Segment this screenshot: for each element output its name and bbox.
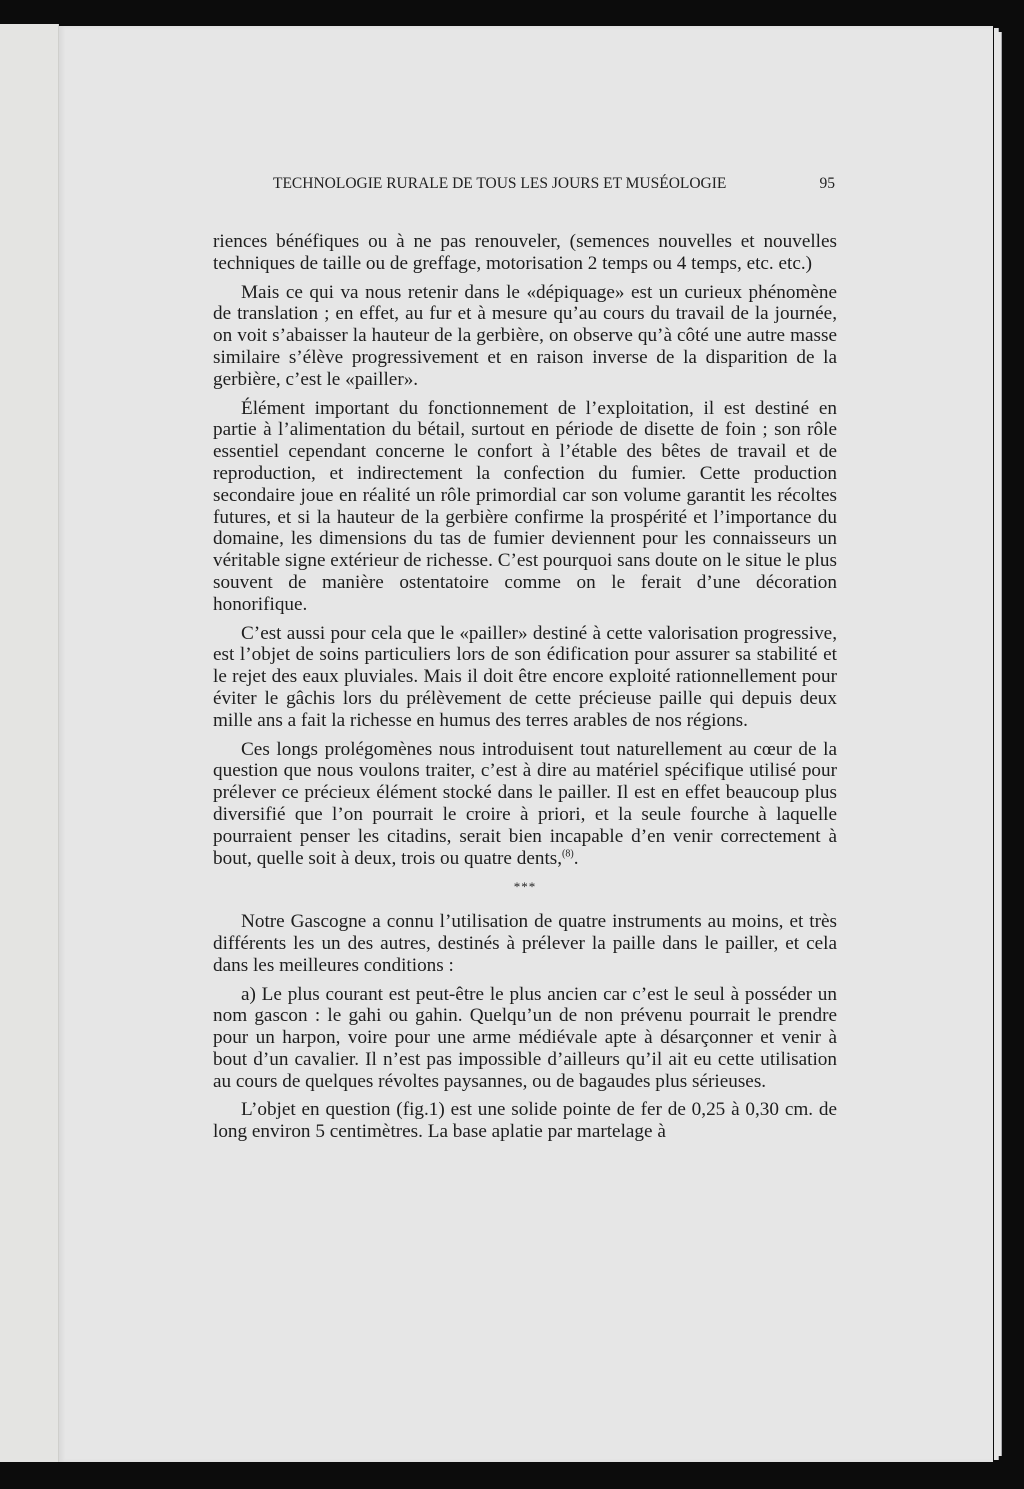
page-number: 95 xyxy=(820,175,836,193)
body-text: riences bénéfiques ou à ne pas renouvele… xyxy=(213,231,837,1150)
running-title: TECHNOLOGIE RURALE DE TOUS LES JOURS ET … xyxy=(273,175,726,193)
paragraph-text: Ces longs prolégomènes nous introduisent… xyxy=(213,739,837,869)
footnote-reference[interactable]: (8) xyxy=(562,848,574,859)
paragraph: Mais ce qui va nous retenir dans le «dép… xyxy=(213,282,837,391)
paragraph: Notre Gascogne a connu l’utilisation de … xyxy=(213,911,837,976)
paragraph: Élément important du fonctionnement de l… xyxy=(213,398,837,616)
facing-page-edge xyxy=(0,24,59,1462)
section-separator: *** xyxy=(213,876,837,898)
paragraph: a) Le plus courant est peut-être le plus… xyxy=(213,984,837,1093)
page-stack-edge xyxy=(998,32,1002,1456)
paragraph: C’est aussi pour cela que le «pailler» d… xyxy=(213,623,837,732)
paragraph: riences bénéfiques ou à ne pas renouvele… xyxy=(213,231,837,275)
paragraph-with-footnote: Ces longs prolégomènes nous introduisent… xyxy=(213,739,837,870)
paragraph-end: . xyxy=(574,848,579,869)
paragraph: L’objet en question (fig.1) est une soli… xyxy=(213,1099,837,1143)
